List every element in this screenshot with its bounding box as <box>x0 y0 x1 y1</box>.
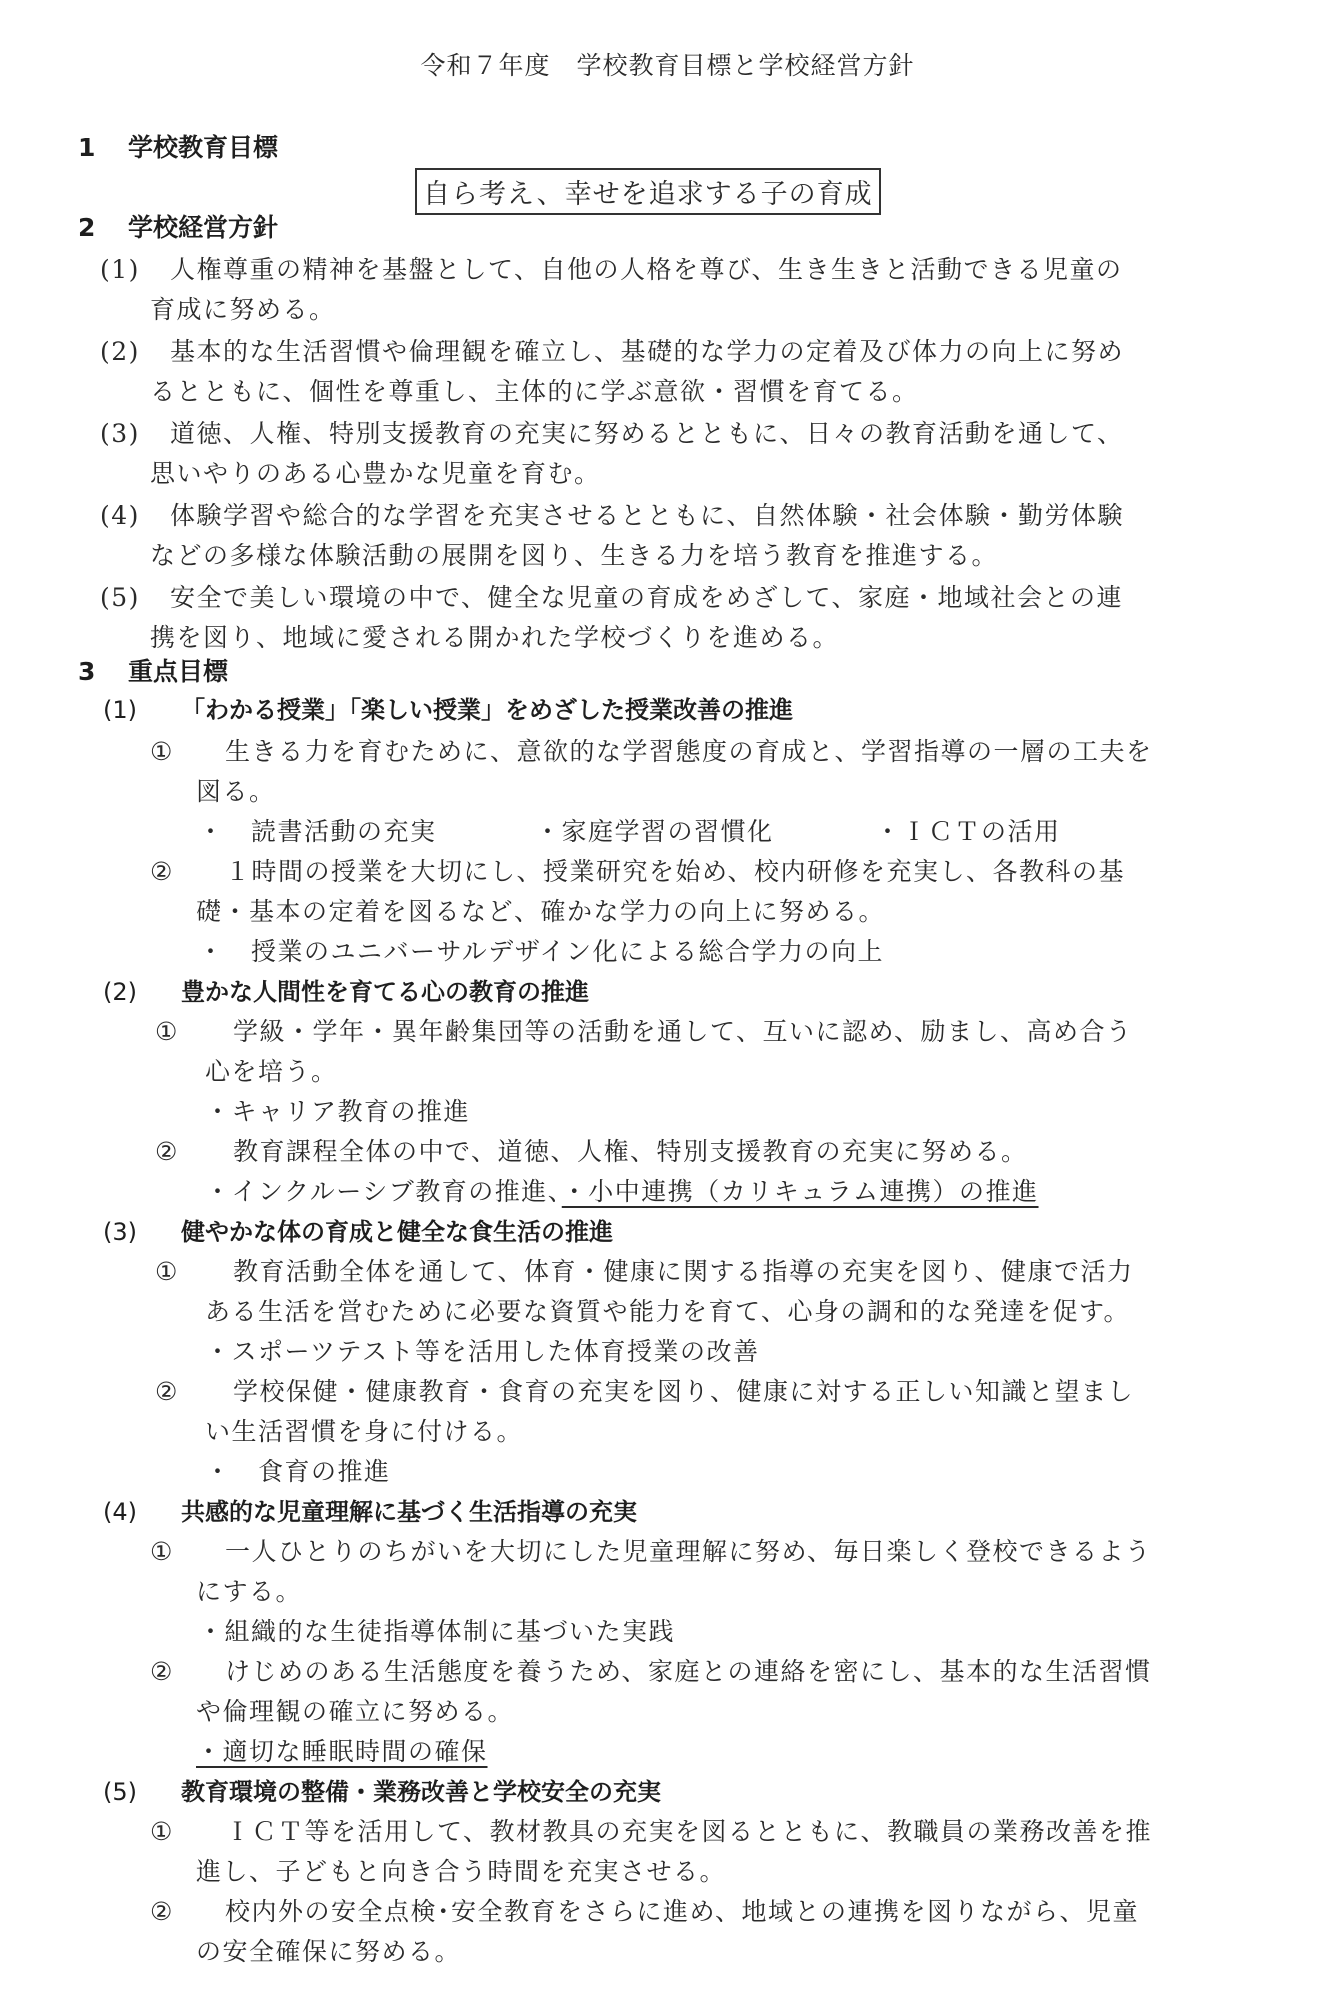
bullet-item: ・家庭学習の習慣化 <box>535 812 774 848</box>
priority-goal-5-heading: (5)教育環境の整備・業務改善と学校安全の充実 <box>103 1772 661 1807</box>
goal-2-sub-2: ②教育課程全体の中で、道徳、人権、特別支援教育の充実に努める。 <box>155 1132 1028 1168</box>
item-text: 基本的な生活習慣や倫理観を確立し、基礎的な学力の定着及び体力の向上に努め <box>170 337 1124 366</box>
sub-text: 教育課程全体の中で、道徳、人権、特別支援教育の充実に努める。 <box>233 1137 1028 1166</box>
section-1-heading: 1学校教育目標 <box>78 128 278 164</box>
goal-3-sub-2-cont: い生活習慣を身に付ける。 <box>205 1412 523 1448</box>
sub-text: 校内外の安全点検･安全教育をさらに進め、地域との連携を図りながら、児童 <box>225 1897 1139 1926</box>
goal-1-sub-1-cont: 図る。 <box>196 772 276 808</box>
sub-marker: ① <box>155 1017 233 1046</box>
item-text: 体験学習や総合的な学習を充実させるとともに、自然体験・社会体験・勤労体験 <box>170 501 1124 530</box>
bullet-item: ・ＩＣＴの活用 <box>875 812 1061 848</box>
goal-5-sub-1-cont: 進し、子どもと向き合う時間を充実させる。 <box>196 1852 726 1888</box>
underlined-bullet-text: ・適切な睡眠時間の確保 <box>196 1737 488 1766</box>
goal-1-sub-2-cont: 礎・基本の定着を図るなど、確かな学力の向上に努める。 <box>196 892 885 928</box>
goal-1-sub-2: ②１時間の授業を大切にし、授業研究を始め、校内研修を充実し、各教科の基 <box>150 852 1125 888</box>
policy-item-1-cont: 育成に努める。 <box>150 290 336 326</box>
sub-text: 学級・学年・異年齢集団等の活動を通して、互いに認め、励まし、高め合う <box>233 1017 1133 1046</box>
bullet-item: ・スポーツテスト等を活用した体育授業の改善 <box>205 1332 760 1368</box>
sub-text: 生きる力を育むために、意欲的な学習態度の育成と、学習指導の一層の工夫を <box>225 737 1153 766</box>
goal-marker: (4) <box>103 1498 181 1526</box>
section-3-heading: 3重点目標 <box>78 652 228 688</box>
policy-item-5-cont: 携を図り、地域に愛される開かれた学校づくりを進める。 <box>150 618 839 654</box>
bullet-item: ・ 読書活動の充実 <box>198 812 437 848</box>
sub-text: 一人ひとりのちがいを大切にした児童理解に努め、毎日楽しく登校できるよう <box>225 1537 1152 1566</box>
item-text: 人権尊重の精神を基盤として、自他の人格を尊び、生き生きと活動できる児童の <box>170 255 1123 284</box>
item-marker: (5) <box>100 583 170 612</box>
bullet-item: ・ 食育の推進 <box>205 1452 391 1488</box>
goal-2-sub-1-cont: 心を培う。 <box>205 1052 338 1088</box>
sub-text: 教育活動全体を通して、体育・健康に関する指導の充実を図り、健康で活力 <box>233 1257 1134 1286</box>
policy-item-5: (5)安全で美しい環境の中で、健全な児童の育成をめざして、家庭・地域社会との連 <box>100 578 1123 614</box>
goal-3-sub-1-cont: ある生活を営むために必要な資質や能力を育て、心身の調和的な発達を促す。 <box>205 1292 1130 1328</box>
sub-marker: ① <box>150 1817 225 1846</box>
section-number: 2 <box>78 213 128 242</box>
goal-3-sub-1: ①教育活動全体を通して、体育・健康に関する指導の充実を図り、健康で活力 <box>155 1252 1134 1288</box>
goal-marker: (3) <box>103 1218 181 1246</box>
goal-marker: (1) <box>103 696 181 724</box>
goal-title: 共感的な児童理解に基づく生活指導の充実 <box>181 1498 637 1526</box>
sub-text: １時間の授業を大切にし、授業研究を始め、校内研修を充実し、各教科の基 <box>225 857 1125 886</box>
goal-marker: (5) <box>103 1778 181 1806</box>
item-marker: (3) <box>100 419 170 448</box>
goal-2-sub-1: ①学級・学年・異年齢集団等の活動を通して、互いに認め、励まし、高め合う <box>155 1012 1133 1048</box>
section-title: 学校経営方針 <box>128 213 278 242</box>
policy-item-4: (4)体験学習や総合的な学習を充実させるとともに、自然体験・社会体験・勤労体験 <box>100 496 1124 532</box>
policy-item-3-cont: 思いやりのある心豊かな児童を育む。 <box>150 454 601 490</box>
goal-3-sub-2: ②学校保健・健康教育・食育の充実を図り、健康に対する正しい知識と望まし <box>155 1372 1134 1408</box>
item-text: 道徳、人権、特別支援教育の充実に努めるとともに、日々の教育活動を通して、 <box>170 419 1124 448</box>
priority-goal-1-heading: (1)「わかる授業」「楽しい授業」をめざした授業改善の推進 <box>103 690 793 725</box>
section-number: 3 <box>78 657 128 686</box>
section-title: 学校教育目標 <box>128 133 278 162</box>
goal-title: 豊かな人間性を育てる心の教育の推進 <box>181 978 589 1006</box>
goal-title: 健やかな体の育成と健全な食生活の推進 <box>181 1218 613 1246</box>
goal-4-sub-2-cont: や倫理観の確立に努める。 <box>196 1692 514 1728</box>
goal-5-sub-2-cont: の安全確保に努める。 <box>196 1932 461 1968</box>
sub-marker: ① <box>150 737 225 766</box>
policy-item-4-cont: などの多様な体験活動の展開を図り、生きる力を培う教育を推進する。 <box>150 536 998 572</box>
sub-marker: ② <box>155 1137 233 1166</box>
sub-marker: ② <box>155 1377 233 1406</box>
goal-marker: (2) <box>103 978 181 1006</box>
bullet-item: ・インクルーシブ教育の推進、・小中連携（カリキュラム連携）の推進 <box>205 1172 1039 1208</box>
sub-text: けじめのある生活態度を養うため、家庭との連絡を密にし、基本的な生活習慣 <box>225 1657 1152 1686</box>
goal-1-sub-1: ①生きる力を育むために、意欲的な学習態度の育成と、学習指導の一層の工夫を <box>150 732 1153 768</box>
sub-marker: ② <box>150 1657 225 1686</box>
policy-item-1: (1)人権尊重の精神を基盤として、自他の人格を尊び、生き生きと活動できる児童の <box>100 250 1123 286</box>
bullet-item: ・ 授業のユニバーサルデザイン化による総合学力の向上 <box>198 932 884 968</box>
sub-marker: ② <box>150 1897 225 1926</box>
underlined-bullet-text: ・小中連携（カリキュラム連携）の推進 <box>562 1177 1039 1206</box>
bullet-text: ・インクルーシブ教育の推進、 <box>205 1177 562 1206</box>
section-2-heading: 2学校経営方針 <box>78 208 278 244</box>
document-title: 令和７年度 学校教育目標と学校経営方針 <box>0 46 1335 82</box>
priority-goal-3-heading: (3)健やかな体の育成と健全な食生活の推進 <box>103 1212 613 1247</box>
goal-title: 教育環境の整備・業務改善と学校安全の充実 <box>181 1778 661 1806</box>
goal-5-sub-1: ①ＩＣＴ等を活用して、教材教具の充実を図るとともに、教職員の業務改善を推 <box>150 1812 1152 1848</box>
priority-goal-4-heading: (4)共感的な児童理解に基づく生活指導の充実 <box>103 1492 637 1527</box>
goal-title: 「わかる授業」「楽しい授業」をめざした授業改善の推進 <box>181 696 793 724</box>
item-text: 安全で美しい環境の中で、健全な児童の育成をめざして、家庭・地域社会との連 <box>170 583 1123 612</box>
sub-marker: ① <box>150 1537 225 1566</box>
item-marker: (1) <box>100 255 170 284</box>
item-marker: (4) <box>100 501 170 530</box>
bullet-item: ・キャリア教育の推進 <box>205 1092 470 1128</box>
section-title: 重点目標 <box>128 657 228 686</box>
sub-text: 学校保健・健康教育・食育の充実を図り、健康に対する正しい知識と望まし <box>233 1377 1134 1406</box>
policy-item-2-cont: るとともに、個性を尊重し、主体的に学ぶ意欲・習慣を育てる。 <box>150 372 919 408</box>
underlined-bullet-item: ・適切な睡眠時間の確保 <box>196 1732 488 1768</box>
goal-4-sub-1: ①一人ひとりのちがいを大切にした児童理解に努め、毎日楽しく登校できるよう <box>150 1532 1152 1568</box>
sub-marker: ① <box>155 1257 233 1286</box>
school-goal-box: 自ら考え、幸せを追求する子の育成 <box>415 168 881 215</box>
goal-5-sub-2: ②校内外の安全点検･安全教育をさらに進め、地域との連携を図りながら、児童 <box>150 1892 1139 1928</box>
item-marker: (2) <box>100 337 170 366</box>
bullet-item: ・組織的な生徒指導体制に基づいた実践 <box>198 1612 675 1648</box>
policy-item-3: (3)道徳、人権、特別支援教育の充実に努めるとともに、日々の教育活動を通して、 <box>100 414 1124 450</box>
section-number: 1 <box>78 133 128 162</box>
sub-text: ＩＣＴ等を活用して、教材教具の充実を図るとともに、教職員の業務改善を推 <box>225 1817 1152 1846</box>
priority-goal-2-heading: (2)豊かな人間性を育てる心の教育の推進 <box>103 972 589 1007</box>
goal-4-sub-1-cont: にする。 <box>196 1572 302 1608</box>
policy-item-2: (2)基本的な生活習慣や倫理観を確立し、基礎的な学力の定着及び体力の向上に努め <box>100 332 1124 368</box>
goal-4-sub-2: ②けじめのある生活態度を養うため、家庭との連絡を密にし、基本的な生活習慣 <box>150 1652 1152 1688</box>
sub-marker: ② <box>150 857 225 886</box>
